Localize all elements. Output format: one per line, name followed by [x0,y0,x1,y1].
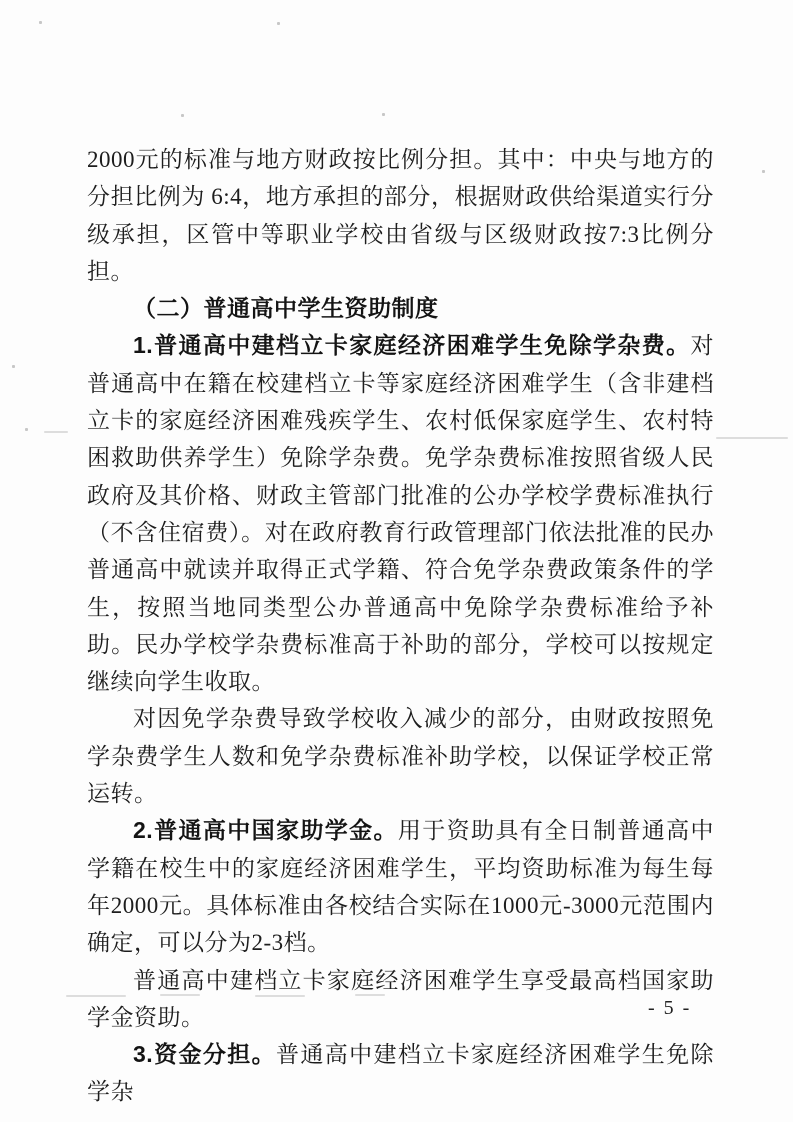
scan-smudge [44,431,68,433]
paragraph-school-compensation: 对因免学杂费导致学校收入减少的部分，由财政按照免学杂费学生人数和免学杂费标准补助… [87,700,714,812]
scan-speck [277,22,280,25]
paragraph-cost-sharing-continuation: 2000元的标准与地方财政按比例分担。其中：中央与地方的分担比例为 6:4，地方… [87,141,714,290]
paragraph-lead-bold: 2.普通高中国家助学金。 [133,817,398,843]
scan-speck [762,170,765,173]
scanned-document-page: 2000元的标准与地方财政按比例分担。其中：中央与地方的分担比例为 6:4，地方… [0,0,793,1122]
paragraph-1-tuition-waiver: 1.普通高中建档立卡家庭经济困难学生免除学杂费。对普通高中在籍在校建档立卡等家庭… [87,327,714,700]
document-text-block: 2000元的标准与地方财政按比例分担。其中：中央与地方的分担比例为 6:4，地方… [87,141,714,1111]
page-number: - 5 - [648,997,691,1020]
paragraph-lead-bold: 1.普通高中建档立卡家庭经济困难学生免除学杂费。 [133,332,691,358]
paragraph-text: 2000元的标准与地方财政按比例分担。其中：中央与地方的分担比例为 6:4，地方… [87,147,714,284]
paragraph-text: 普通高中建档立卡家庭经济困难学生享受最高档国家助学金资助。 [87,968,714,1030]
scan-speck [39,21,42,24]
paragraph-2-state-grant: 2.普通高中国家助学金。用于资助具有全日制普通高中学籍在校生中的家庭经济困难学生… [87,812,714,961]
scan-smudge [355,994,385,996]
paragraph-lead-bold: 3.资金分担。 [133,1041,276,1067]
heading-text: （二）普通高中学生资助制度 [133,295,439,321]
scan-speck [181,114,184,117]
scan-speck [382,113,385,116]
scan-smudge [66,995,126,997]
paragraph-3-funding-share: 3.资金分担。普通高中建档立卡家庭经济困难学生免除学杂 [87,1036,714,1111]
scan-smudge [716,437,788,439]
scan-smudge [160,994,200,996]
paragraph-text: 对普通高中在籍在校建档立卡等家庭经济困难学生（含非建档立卡的家庭经济困难残疾学生… [87,333,714,694]
scan-smudge [255,995,305,997]
paragraph-text: 对因免学杂费导致学校收入减少的部分，由财政按照免学杂费学生人数和免学杂费标准补助… [87,706,714,806]
paragraph-top-tier-grant: 普通高中建档立卡家庭经济困难学生享受最高档国家助学金资助。 [87,962,714,1037]
section-heading-high-school-aid: （二）普通高中学生资助制度 [87,290,714,327]
scan-speck [12,365,15,368]
scan-speck [25,428,28,431]
